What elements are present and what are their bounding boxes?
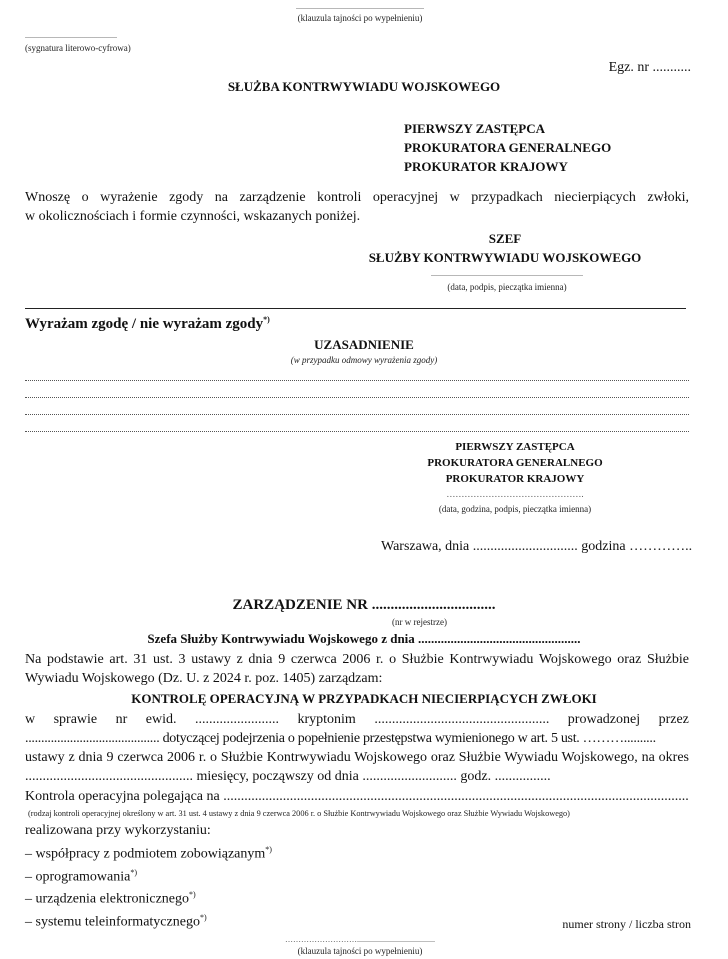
codename-field[interactable]: ........................................… [374, 712, 549, 728]
case-word: w [25, 712, 35, 728]
classification-bottom-field[interactable]: ………………………...............................… [250, 935, 470, 944]
consent-statement[interactable]: Wyrażam zgodę / nie wyrażam zgody*) [25, 315, 270, 333]
footnote-mark: *) [130, 868, 137, 877]
prosecutor-block: PIERWSZY ZASTĘPCA PROKURATORA GENERALNEG… [400, 439, 630, 487]
addressee-line-2: PROKURATORA GENERALNEGO [404, 138, 611, 157]
case-word: prowadzonej [568, 712, 640, 728]
footnote-mark: *) [263, 315, 270, 324]
prosecutor-signature-field[interactable]: ………………………………………. [400, 489, 630, 499]
case-word: przez [659, 712, 689, 728]
means-label: – systemu teleinformatycznego [25, 915, 200, 930]
justification-line-3[interactable] [25, 413, 689, 415]
justification-line-1[interactable] [25, 379, 689, 381]
agency-title: SŁUŻBA KONTRWYWIADU WOJSKOWEGO [0, 79, 728, 95]
means-label: – urządzenia elektronicznego [25, 892, 189, 907]
means-label: – współpracy z podmiotem zobowiązanym [25, 847, 265, 862]
addressee-block: PIERWSZY ZASTĘPCA PROKURATORA GENERALNEG… [404, 119, 611, 176]
chief-title-1: SZEF [340, 231, 670, 247]
page-info: numer strony / liczba stron [562, 917, 691, 932]
request-line-2: w okolicznościach i formie czynności, ws… [25, 209, 360, 225]
case-word: sprawie [54, 712, 98, 728]
section-divider [25, 308, 686, 309]
justification-line-4[interactable] [25, 430, 689, 432]
signature-label: (sygnatura literowo-cyfrowa) [25, 43, 131, 53]
register-label: (nr w rejestrze) [392, 617, 447, 627]
prosecutor-line-3: PROKURATOR KRAJOWY [400, 471, 630, 487]
place-date-field[interactable]: Warszawa, dnia .........................… [381, 539, 692, 555]
request-line-1: Wnoszę o wyrażenie zgody na zarządzenie … [25, 190, 689, 206]
case-word: ewid. [146, 712, 177, 728]
legal-basis-line-1: Na podstawie art. 31 ust. 3 ustawy z dni… [25, 652, 689, 668]
classification-top-field[interactable]: ........................................… [280, 3, 440, 11]
order-subtitle: Szefa Służby Kontrwywiadu Wojskowego z d… [0, 631, 728, 647]
chief-signature-label: (data, podpis, pieczątka imienna) [380, 282, 634, 292]
order-title: ZARZĄDZENIE NR .........................… [0, 597, 728, 614]
means-item-ict-system[interactable]: – systemu teleinformatycznego*) [25, 909, 272, 932]
prosecutor-line-2: PROKURATORA GENERALNEGO [400, 455, 630, 471]
footnote-mark: *) [200, 913, 207, 922]
addressee-line-3: PROKURATOR KRAJOWY [404, 157, 611, 176]
footnote-mark: *) [189, 890, 196, 899]
legal-basis-line-2: Wywiadu Wojskowego (Dz. U. z 2024 r. poz… [25, 671, 382, 687]
case-word: kryptonim [297, 712, 355, 728]
copy-number: Egz. nr ........... [609, 60, 691, 76]
case-line-3: ustawy z dnia 9 czerwca 2006 r. o Służbi… [25, 750, 689, 766]
prosecutor-line-1: PIERWSZY ZASTĘPCA [400, 439, 630, 455]
means-item-cooperation[interactable]: – współpracy z podmiotem zobowiązanym*) [25, 841, 272, 864]
means-label: – oprogramowania [25, 869, 130, 884]
means-item-software[interactable]: – oprogramowania*) [25, 864, 272, 887]
control-type-note: (rodzaj kontroli operacyjnej określony w… [28, 809, 570, 818]
chief-title-2: SŁUŻBY KONTRWYWIADU WOJSKOWEGO [340, 250, 670, 266]
case-line-2[interactable]: ........................................… [25, 731, 689, 747]
justification-title: UZASADNIENIE [0, 337, 728, 353]
justification-line-2[interactable] [25, 396, 689, 398]
justification-subtitle: (w przypadku odmowy wyrażenia zgody) [0, 355, 728, 365]
footnote-mark: *) [265, 845, 272, 854]
addressee-line-1: PIERWSZY ZASTĘPCA [404, 119, 611, 138]
classification-bottom-label: (klauzula tajności po wypełnieniu) [260, 946, 460, 956]
case-line-4[interactable]: ........................................… [25, 769, 551, 785]
consent-text: Wyrażam zgodę / nie wyrażam zgody [25, 316, 263, 332]
signature-field[interactable]: ........................................… [25, 32, 117, 40]
case-number-field[interactable]: ........................ [195, 712, 279, 728]
means-intro: realizowana przy wykorzystaniu: [25, 823, 211, 839]
chief-signature-field[interactable]: ........................................… [380, 270, 634, 278]
means-list: – współpracy z podmiotem zobowiązanym*) … [25, 841, 272, 932]
order-heading: KONTROLĘ OPERACYJNĄ W PRZYPADKACH NIECIE… [0, 691, 728, 707]
means-item-device[interactable]: – urządzenia elektronicznego*) [25, 886, 272, 909]
classification-top-label: (klauzula tajności po wypełnieniu) [260, 13, 460, 23]
case-word: nr [116, 712, 128, 728]
case-line-1: w sprawie nr ewid. .....................… [25, 712, 689, 728]
control-type-field[interactable]: Kontrola operacyjna polegająca na ......… [25, 789, 689, 805]
prosecutor-signature-label: (data, godzina, podpis, pieczątka imienn… [400, 504, 630, 514]
